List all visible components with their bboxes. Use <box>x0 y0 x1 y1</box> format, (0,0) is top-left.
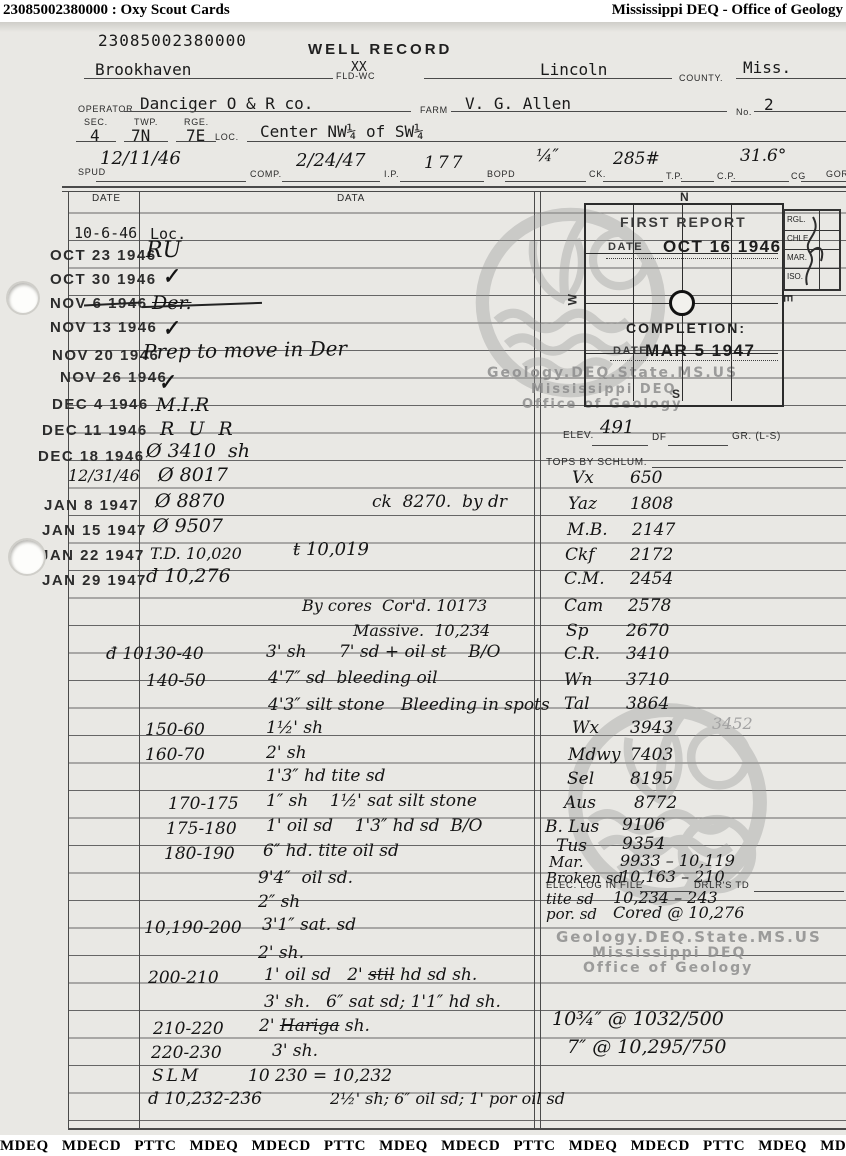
bopd-underline <box>505 181 586 182</box>
core-desc: 2½' sh; 6″ oil sd; 1' por oil sd <box>330 1091 565 1107</box>
core-desc-struck: stil <box>368 965 394 985</box>
top-name: Sel <box>567 771 594 788</box>
core-range: 175-180 <box>166 821 237 838</box>
completion-date-line <box>610 360 778 361</box>
core-range: đ 10130-40 <box>106 646 204 663</box>
watermark-agency-2: Mississippi DEQ <box>592 945 746 961</box>
state-underline <box>736 78 846 79</box>
rge-underline <box>176 141 216 142</box>
top-depth: 7403 <box>630 747 673 764</box>
top-name: Sp <box>566 623 589 640</box>
log-date-stamp: DEC 11 1946 <box>42 422 148 439</box>
punch-hole <box>10 540 44 574</box>
completion-stamp: COMPLETION: <box>626 320 746 336</box>
core-desc: 4'7″ sd bleeding oil <box>268 670 438 687</box>
top-name: C.M. <box>564 571 605 588</box>
core-range: 10,190-200 <box>144 920 242 937</box>
sec-underline <box>76 141 116 142</box>
log-date-stamp: OCT 23 1946 <box>50 247 157 264</box>
viewer-header-bar: 23085002380000 : Oxy Scout Cards Mississ… <box>0 0 846 22</box>
core-range: đ 10,232-236 <box>148 1091 262 1108</box>
operator-label: OPERATOR <box>78 104 133 114</box>
elev-label: ELEV. <box>563 430 594 441</box>
top-name: por. sd <box>546 907 597 922</box>
core-range: 170-175 <box>168 796 239 813</box>
plat-south-label: S <box>672 387 682 401</box>
tops-label-underline <box>652 467 843 468</box>
top-name: Wx <box>572 720 599 737</box>
well-no-label: No. <box>736 107 752 117</box>
elev-gr-label: GR. (L-S) <box>732 431 781 442</box>
top-depth: 1808 <box>630 496 673 513</box>
core-desc: 2' sh. <box>258 945 304 962</box>
top-name: Ckf <box>565 547 595 564</box>
top-depth: 8195 <box>630 771 673 788</box>
core-range: 160-70 <box>145 747 205 764</box>
core-desc: 4'3″ silt stone Bleeding in spots <box>268 697 550 714</box>
tp-underline <box>681 181 714 182</box>
top-name: Aus <box>564 795 596 812</box>
core-desc-composite: 2' Hariga sh. <box>259 1018 370 1035</box>
well-location-marker <box>669 290 695 316</box>
farm-label: FARM <box>420 105 448 115</box>
ip-underline <box>400 181 484 182</box>
core-range: 180-190 <box>164 846 235 863</box>
twp-underline <box>124 141 168 142</box>
scanned-well-record-page: 23085002380000 : Oxy Scout Cards Mississ… <box>0 0 846 1156</box>
first-report-date-line <box>606 258 778 259</box>
county-underline <box>424 78 672 79</box>
log-data: đ 10,276 <box>146 567 231 586</box>
log-date-stamp: DEC 4 1946 <box>52 396 149 413</box>
core-desc-pre: 1' oil sd 2' <box>264 965 368 985</box>
field-underline <box>84 78 333 79</box>
ip-value: 177 <box>424 155 465 172</box>
top-depth-pencil: 3452 <box>712 716 753 732</box>
log-date-stamp: JAN 22 1947 <box>40 547 145 564</box>
top-name: B. Lus <box>545 819 599 836</box>
elev-df-underline <box>668 445 728 446</box>
loc-underline <box>247 141 846 142</box>
log-date-stamp: OCT 30 1946 <box>50 271 157 288</box>
twp-value: 7N <box>131 126 150 145</box>
rge-value: 7E <box>186 126 205 145</box>
top-depth: 3710 <box>626 672 669 689</box>
completion-date: MAR 5 1947 <box>645 341 755 361</box>
top-depth: Cored @ 10,276 <box>613 905 744 921</box>
drlrs-td-label: DRLR'S TD <box>694 880 749 891</box>
tp-label: T.P. <box>666 171 683 181</box>
core-desc: 3' sh. 6″ sat sd; 1'1″ hd sh. <box>264 994 501 1011</box>
elev-value: 491 <box>600 419 634 437</box>
elev-df-label: DF <box>652 432 667 443</box>
gor-label: GOR <box>826 169 846 179</box>
ck-value: 285# <box>613 151 660 168</box>
top-depth: 9106 <box>622 817 665 834</box>
core-desc: 10 230 = 10,232 <box>248 1068 392 1085</box>
core-desc: 3'1″ sat. sd <box>262 917 356 934</box>
core-note: Massive. 10,234 <box>353 623 490 639</box>
viewer-footer-bar: MDEQ MDECD PTTC MDEQ MDECD PTTC MDEQ MDE… <box>0 1135 846 1156</box>
elec-log-underline <box>640 891 692 892</box>
core-desc-pre: 2' <box>259 1016 280 1036</box>
county-value: Lincoln <box>540 60 607 79</box>
log-date-stamp: JAN 15 1947 <box>42 522 147 539</box>
top-depth: 3864 <box>626 696 669 713</box>
top-depth: 2454 <box>630 571 673 588</box>
elec-log-label: ELEC. LOG IN FILE <box>546 880 643 891</box>
date-column-header: DATE <box>92 193 121 204</box>
completion-date-label: DATE <box>613 345 648 357</box>
top-name: Mdwy <box>568 747 620 764</box>
core-desc: 3' sh. <box>272 1043 318 1060</box>
watermark-url-2: Geology.DEQ.State.MS.US <box>556 928 822 946</box>
top-depth: 8772 <box>634 795 677 812</box>
operator-underline <box>124 111 411 112</box>
farm-underline <box>451 111 727 112</box>
log-data: Ø 9507 <box>153 517 223 536</box>
core-desc: 2' sh <box>266 745 307 762</box>
header-well-id: 23085002380000 : Oxy Scout Cards <box>3 2 230 19</box>
form-title: WELL RECORD <box>308 41 452 58</box>
cg-label: CG <box>791 171 806 181</box>
log-data-extra: ŧ 10,019 <box>293 541 369 559</box>
top-depth: 3943 <box>630 720 673 737</box>
bopd-value: ¼″ <box>536 148 559 165</box>
comp-label: COMP. <box>250 169 282 179</box>
cg-underline <box>801 181 846 182</box>
log-data: Ø 3410 sh <box>146 442 250 461</box>
top-name: Tal <box>564 696 590 713</box>
field-value: Brookhaven <box>95 60 191 79</box>
top-name: Mar. <box>549 855 584 870</box>
core-desc: 3' sh 7' sd + oil st B/O <box>266 644 500 661</box>
first-report-date-label: DATE <box>608 241 643 253</box>
log-data: R U R <box>160 420 237 439</box>
sec-value: 4 <box>90 126 100 145</box>
ck-label: CK. <box>589 169 606 179</box>
core-desc: 1½' sh <box>266 720 323 737</box>
first-report-stamp: FIRST REPORT <box>620 214 747 230</box>
core-desc: 1' oil sd 1'3″ hd sd B/O <box>266 818 483 835</box>
county-label: COUNTY. <box>679 73 723 83</box>
top-depth: 2670 <box>626 623 669 640</box>
log-data: M.I.R <box>156 396 209 415</box>
state-value: Miss. <box>743 58 791 77</box>
core-range: 200-210 <box>148 970 219 987</box>
top-name: C.R. <box>564 646 600 663</box>
core-desc: 1″ sh 1½' sat silt stone <box>266 793 477 810</box>
top-depth: 2147 <box>632 522 675 539</box>
log-date-stamp: JAN 29 1947 <box>42 572 147 589</box>
log-data: Prep to move in Der <box>143 338 347 362</box>
log-data: RU <box>146 240 181 262</box>
log-data-struck: Der. <box>152 294 192 313</box>
loc-value: Center NW¼ of SW¼ <box>260 122 424 141</box>
core-desc: 2″ sh <box>258 894 300 911</box>
core-range: 220-230 <box>151 1045 222 1062</box>
core-range: 150-60 <box>145 722 205 739</box>
log-data: T.D. 10,020 <box>150 546 242 562</box>
watermark-office-2: Office of Geology <box>583 960 753 976</box>
field-xx-mark: XX <box>351 60 367 75</box>
drlrs-td-underline <box>754 891 844 892</box>
comp-underline <box>282 181 380 182</box>
core-range: 140-50 <box>146 673 206 690</box>
core-range: 210-220 <box>153 1021 224 1038</box>
ck-underline <box>603 181 663 182</box>
cp-label: C.P. <box>717 171 736 181</box>
core-desc-post: sh. <box>339 1016 369 1036</box>
cp-underline <box>731 181 789 182</box>
ip-label: I.P. <box>384 169 399 179</box>
top-name: Wn <box>564 672 592 689</box>
bopd-label: BOPD <box>487 169 515 179</box>
core-range: SLM <box>152 1068 201 1085</box>
top-name: Yaz <box>568 496 597 513</box>
log-data: Ø 8017 <box>158 466 228 485</box>
log-date-stamp: JAN 8 1947 <box>44 497 139 514</box>
log-date-stamp: DEC 18 1946 <box>38 448 145 465</box>
loc-label: LOC. <box>215 132 239 142</box>
top-depth: 2578 <box>628 598 671 615</box>
header-agency: Mississippi DEQ - Office of Geology <box>612 2 843 19</box>
log-date-hw: 12/31/46 <box>68 468 140 484</box>
well-number: 23085002380000 <box>98 31 247 50</box>
log-checkmark: ✓ <box>161 265 180 287</box>
top-depth: 3410 <box>626 646 669 663</box>
core-desc-struck: Hariga <box>280 1016 340 1036</box>
card-bottom-rule <box>68 1128 846 1130</box>
top-name: Cam <box>564 598 603 615</box>
core-note: By cores Cor'd. 10173 <box>302 598 487 614</box>
data-column-header: DATA <box>337 193 365 204</box>
log-date: 10-6-46 <box>74 224 137 242</box>
comp-value: 2/24/47 <box>296 152 365 170</box>
well-no-underline <box>754 111 846 112</box>
casing-entry: 10¾″ @ 1032/500 <box>552 1010 724 1029</box>
core-desc-composite: 1' oil sd 2' stil hd sd sh. <box>264 967 477 984</box>
cp-value: 31.6° <box>740 148 786 165</box>
log-data: Ø 8870 <box>155 492 225 511</box>
log-date-stamp: NOV 13 1946 <box>50 319 157 336</box>
core-desc: 9'4″ oil sd. <box>258 870 353 887</box>
spud-underline <box>96 181 246 182</box>
footer-text: MDEQ MDECD PTTC MDEQ MDECD PTTC MDEQ MDE… <box>0 1138 846 1154</box>
plat-west-label: W <box>565 293 579 306</box>
plat-north-label: N <box>680 190 690 204</box>
log-checkmark: ✓ <box>161 317 180 339</box>
log-date-stamp: NOV 26 1946 <box>60 369 167 386</box>
elev-underline <box>592 445 648 446</box>
routing-stamp-signature <box>783 209 837 299</box>
spud-value: 12/11/46 <box>100 150 181 168</box>
top-name: M.B. <box>567 522 608 539</box>
tops-label: TOPS BY SCHLUM. <box>546 457 647 468</box>
punch-hole <box>8 283 38 313</box>
log-checkmark: ✓ <box>157 371 176 393</box>
top-name: Vx <box>572 470 594 487</box>
header-rule-top <box>62 186 846 188</box>
core-desc: 1'3″ hd tite sd <box>266 768 385 785</box>
header-rule-bottom <box>62 191 846 192</box>
core-desc-post: hd sd sh. <box>395 965 478 985</box>
top-depth: 2172 <box>630 547 673 564</box>
core-desc: 6″ hd. tite oil sd <box>263 843 399 860</box>
first-report-date: OCT 16 1946 <box>663 237 782 257</box>
top-depth: 650 <box>630 470 662 487</box>
casing-entry: 7″ @ 10,295/750 <box>567 1038 726 1057</box>
log-data-extra: ck 8270. by dr <box>372 494 507 511</box>
